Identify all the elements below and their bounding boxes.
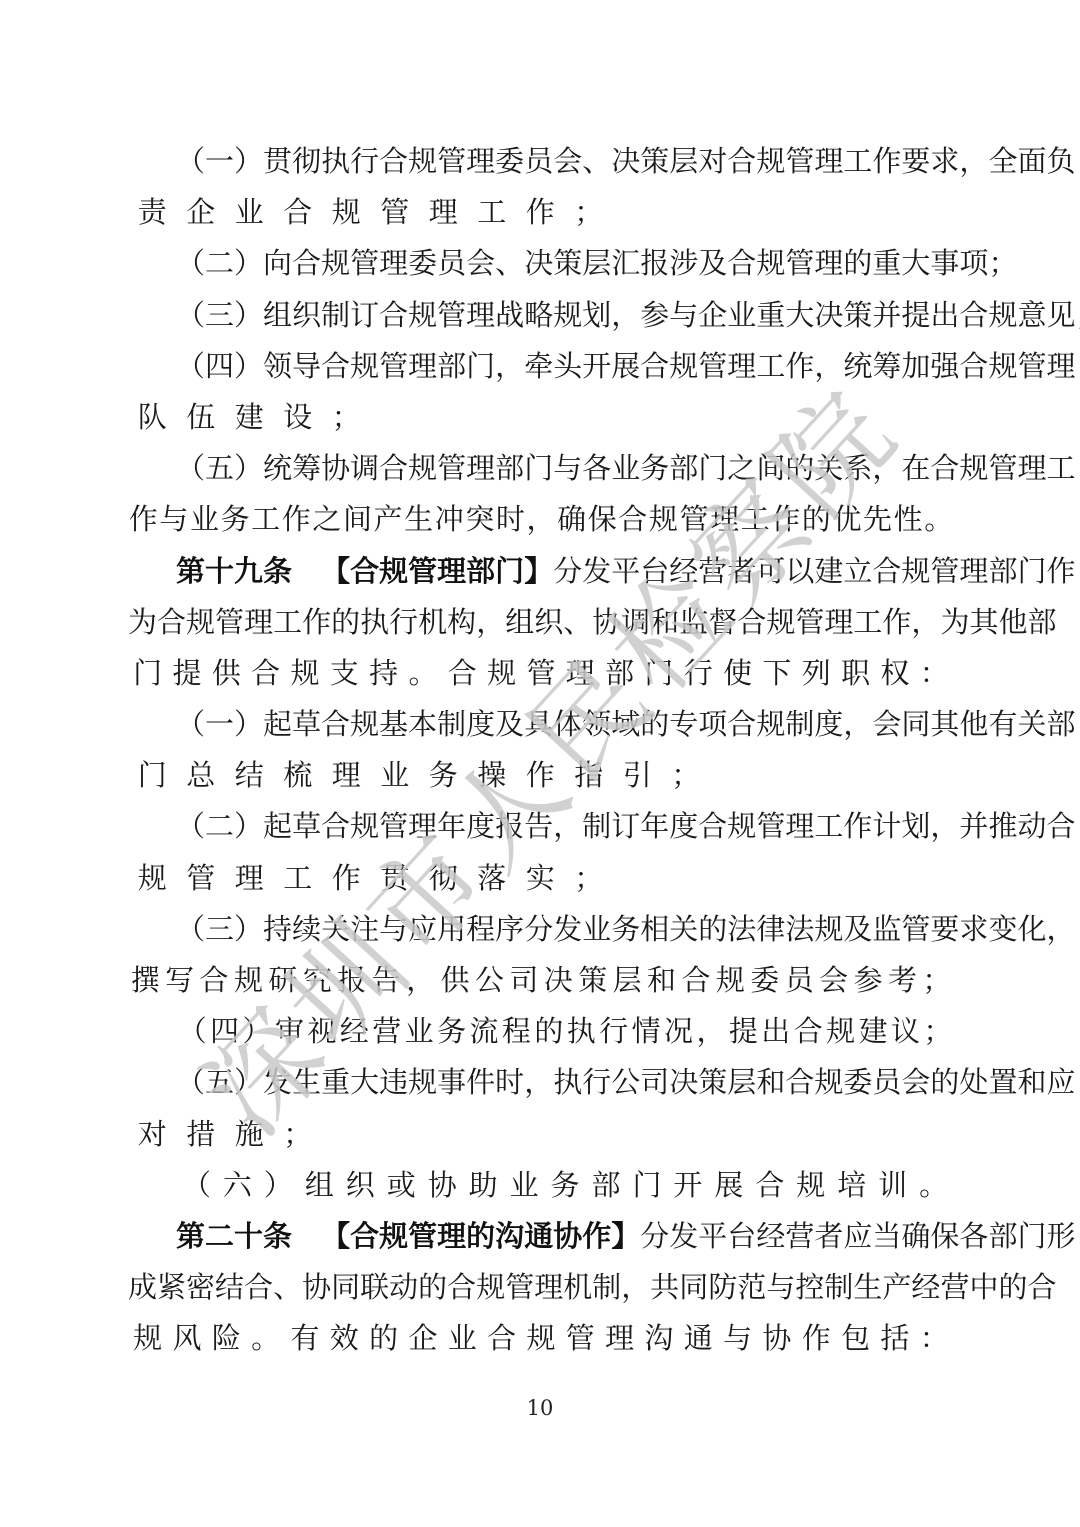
text-char: 管: [350, 238, 379, 289]
text-char: ）: [241, 1006, 273, 1057]
text-char: 协: [321, 443, 350, 494]
article-heading-char: 第: [176, 546, 205, 597]
text-line: 规风险。有效的企业合规管理沟通与协作包括：: [128, 1313, 954, 1364]
text-char: 起: [263, 801, 292, 852]
text-char: 、: [582, 136, 611, 187]
text-char: 梳: [274, 750, 323, 801]
text-char: 作: [302, 597, 331, 648]
text-char: 之: [312, 494, 343, 545]
text-char: 合: [785, 1057, 814, 1108]
text-char: 理: [408, 341, 437, 392]
text-char: 作: [281, 494, 312, 545]
text-char: 层: [582, 238, 611, 289]
text-char: 部: [669, 443, 698, 494]
text-char: 指: [565, 750, 614, 801]
text-char: 执: [565, 1006, 597, 1057]
text-char: 一: [205, 699, 234, 750]
text-char: 持: [263, 904, 292, 955]
text-char: 参: [851, 955, 885, 1006]
text-char: 负: [1046, 136, 1075, 187]
text-char: 经: [911, 1262, 940, 1313]
text-char: ，: [403, 955, 437, 1006]
text-char: 规: [756, 699, 785, 750]
text-char: 出: [930, 290, 959, 341]
text-char: 工: [1046, 443, 1075, 494]
text-char: 合: [930, 443, 959, 494]
text-char: 以: [785, 546, 814, 597]
text-char: 门: [466, 341, 495, 392]
text-char: 视: [306, 1006, 338, 1057]
text-char: 结: [225, 750, 274, 801]
text-char: （: [176, 136, 205, 187]
text-char: 之: [727, 443, 756, 494]
text-char: （: [176, 290, 205, 341]
text-char: 沟: [639, 1313, 678, 1364]
text-char: 重: [756, 290, 785, 341]
text-char: ；: [322, 392, 371, 443]
text-char: 基: [379, 699, 408, 750]
text-char: 贯: [371, 853, 420, 904]
text-char: 大: [350, 1057, 379, 1108]
text-char: 台: [640, 546, 669, 597]
article-heading-char: 门: [495, 546, 524, 597]
text-char: 五: [205, 443, 234, 494]
text-char: 订: [350, 290, 379, 341]
text-char: 的: [785, 443, 814, 494]
text-char: 三: [205, 290, 234, 341]
text-char: 、: [273, 1262, 302, 1313]
text-char: 执: [360, 597, 389, 648]
text-char: 作: [516, 187, 565, 238]
text-char: 议: [889, 1006, 921, 1057]
text-char: 关: [669, 904, 698, 955]
text-char: 实: [516, 853, 565, 904]
article-heading-char: 协: [553, 1211, 582, 1262]
text-char: 动: [389, 1262, 418, 1313]
text-char: 战: [495, 290, 524, 341]
text-char: 具: [524, 699, 553, 750]
text-char: 规: [959, 443, 988, 494]
text-char: 层: [669, 136, 698, 187]
text-char: 重: [321, 1057, 350, 1108]
article-heading-char: 十: [234, 1211, 263, 1262]
text-char: 委: [408, 238, 437, 289]
text-char: 生: [853, 1262, 882, 1313]
text-char: 成: [128, 1262, 157, 1313]
text-char: 规: [128, 853, 177, 904]
text-char: ，: [695, 1006, 727, 1057]
text-char: ，: [872, 443, 901, 494]
text-char: 门: [128, 750, 177, 801]
text-char: 门: [698, 443, 727, 494]
text-char: 对: [128, 1109, 177, 1160]
text-char: 合: [959, 290, 988, 341]
text-char: 律: [756, 904, 785, 955]
text-char: 发: [669, 1211, 698, 1262]
text-char: 、: [563, 597, 592, 648]
text-char: 监: [872, 904, 901, 955]
text-line: 门总结梳理业务操作指引；: [128, 750, 954, 801]
article-heading-char: 合: [350, 1211, 379, 1262]
text-char: （: [176, 801, 205, 852]
text-char: 合: [321, 341, 350, 392]
text-char: 设: [274, 392, 323, 443]
text-line: 规管理工作贯彻落实；: [128, 853, 954, 904]
text-char: 推: [988, 801, 1017, 852]
text-char: 合: [727, 699, 756, 750]
text-char: ；: [565, 187, 614, 238]
text-char: （: [176, 699, 205, 750]
text-char: 置: [988, 1057, 1017, 1108]
text-char: 各: [582, 443, 611, 494]
text-char: 规: [350, 699, 379, 750]
text-char: 规: [727, 801, 756, 852]
text-char: 部: [988, 546, 1017, 597]
text-char: 务: [640, 443, 669, 494]
text-line: （五）统筹协调合规管理部门与各业务部门之间的关系，在合规管理工: [128, 443, 954, 494]
text-char: 联: [360, 1262, 389, 1313]
text-line: 作与业务工作之间产生冲突时，确保合规管理工作的优先性。: [128, 494, 954, 545]
article-heading-char: 规: [379, 546, 408, 597]
text-char: ）: [234, 1057, 263, 1108]
article-heading-char: 【: [321, 1211, 350, 1262]
text-char: 构: [447, 597, 476, 648]
text-char: 四: [208, 1006, 240, 1057]
text-char: 公: [611, 1057, 640, 1108]
text-char: 规: [186, 597, 215, 648]
text-char: 产: [882, 1262, 911, 1313]
text-char: 领: [582, 699, 611, 750]
text-char: 规: [408, 443, 437, 494]
text-char: 与: [159, 494, 190, 545]
text-char: 分: [640, 1211, 669, 1262]
text-char: 理: [466, 136, 495, 187]
text-char: 面: [1017, 136, 1046, 187]
text-char: 间: [756, 443, 785, 494]
article-heading-char: 【: [321, 546, 350, 597]
text-char: 调: [621, 597, 650, 648]
text-char: 事: [437, 1057, 466, 1108]
text-char: 合: [1027, 1262, 1056, 1313]
text-char: 为: [940, 597, 969, 648]
text-char: 起: [263, 699, 292, 750]
text-char: 管: [177, 853, 226, 904]
text-char: 头: [553, 341, 582, 392]
text-char: 规: [408, 290, 437, 341]
text-char: 员: [782, 955, 816, 1006]
text-char: 门: [1017, 546, 1046, 597]
text-line: （二）起草合规管理年度报告，制订年度合规管理工作计划，并推动合: [128, 801, 954, 852]
text-char: 合: [727, 238, 756, 289]
text-char: 企: [177, 187, 226, 238]
text-char: ，: [843, 699, 872, 750]
text-char: 调: [350, 443, 379, 494]
text-char: 工: [814, 801, 843, 852]
text-char: 可: [756, 546, 785, 597]
text-char: 应: [843, 1211, 872, 1262]
text-char: 合: [379, 443, 408, 494]
text-char: 持: [364, 648, 403, 699]
article-heading-char: 的: [466, 1211, 495, 1262]
text-char: 业: [189, 494, 220, 545]
text-char: 决: [541, 955, 575, 1006]
text-char: 理: [466, 290, 495, 341]
text-char: 策: [553, 238, 582, 289]
text-char: 企: [403, 1313, 442, 1364]
text-char: 动: [1017, 801, 1046, 852]
text-char: （: [176, 1160, 217, 1211]
text-char: 理: [244, 597, 273, 648]
document-page: （一）贯彻执行合规管理委员会、决策层对合规管理工作要求，全面负责企业合规管理工作…: [0, 0, 1080, 1527]
text-char: 究: [300, 955, 334, 1006]
text-char: 中: [969, 1262, 998, 1313]
text-char: 部: [600, 648, 639, 699]
text-char: 关: [321, 904, 350, 955]
text-char: 他: [998, 597, 1027, 648]
text-char: 工: [274, 853, 323, 904]
text-char: 理: [709, 494, 740, 545]
text-char: 管: [785, 136, 814, 187]
text-char: ，: [1046, 904, 1075, 955]
text-char: 牵: [524, 341, 553, 392]
article-heading-char: 条: [263, 546, 292, 597]
text-char: 部: [1046, 699, 1075, 750]
text-char: 险: [207, 1313, 246, 1364]
text-char: 理: [561, 648, 600, 699]
text-char: 与: [669, 290, 698, 341]
text-char: 订: [611, 801, 640, 852]
text-char: 策: [698, 1057, 727, 1108]
text-char: 强: [930, 341, 959, 392]
text-char: ，: [495, 341, 524, 392]
text-char: 制: [824, 1262, 853, 1313]
text-char: 规: [408, 1057, 437, 1108]
text-char: 考: [885, 955, 919, 1006]
text-char: 公: [472, 955, 506, 1006]
article-heading-char: 规: [379, 1211, 408, 1262]
text-char: 工: [273, 597, 302, 648]
text-char: 合: [443, 648, 482, 699]
text-char: 管: [679, 494, 710, 545]
text-char: 规: [128, 1313, 167, 1364]
text-char: 统: [263, 443, 292, 494]
text-char: 违: [379, 1057, 408, 1108]
text-char: 理: [466, 443, 495, 494]
text-char: 委: [748, 955, 782, 1006]
text-char: 合: [872, 546, 901, 597]
text-char: 生: [292, 1057, 321, 1108]
text-char: 供: [207, 648, 246, 699]
text-char: 时: [495, 1057, 524, 1108]
text-char: 关: [1017, 699, 1046, 750]
text-char: 报: [335, 955, 369, 1006]
text-char: 应: [1046, 1057, 1075, 1108]
text-char: 建: [857, 1006, 889, 1057]
text-char: 协: [592, 597, 621, 648]
text-char: （: [176, 1057, 205, 1108]
article-heading-char: 沟: [495, 1211, 524, 1262]
text-char: 提: [167, 648, 206, 699]
text-char: 管: [521, 648, 560, 699]
text-char: 台: [727, 1211, 756, 1262]
text-char: （: [176, 238, 205, 289]
text-char: 规: [231, 955, 265, 1006]
text-char: ，: [476, 597, 505, 648]
text-char: 合: [246, 648, 285, 699]
text-char: 理: [225, 853, 274, 904]
text-char: 制: [592, 1262, 621, 1313]
text-char: 他: [959, 699, 988, 750]
text-char: 的: [640, 699, 669, 750]
text-char: ）: [234, 290, 263, 341]
text-char: 计: [872, 801, 901, 852]
text-char: 同: [331, 1262, 360, 1313]
text-char: 会: [466, 238, 495, 289]
text-char: 规: [350, 801, 379, 852]
text-char: 全: [988, 136, 1017, 187]
text-char: ；: [274, 1109, 323, 1160]
text-char: 决: [524, 238, 553, 289]
text-char: 与: [553, 443, 582, 494]
text-line: 对措施；: [128, 1109, 954, 1160]
text-char: 开: [582, 341, 611, 392]
text-char: 理: [814, 238, 843, 289]
text-char: 贯: [263, 136, 292, 187]
text-char: 当: [872, 1211, 901, 1262]
text-char: 制: [582, 801, 611, 852]
text-char: 合: [749, 1160, 790, 1211]
text-char: 确: [901, 1211, 930, 1262]
text-char: 的: [698, 904, 727, 955]
text-char: ）: [234, 136, 263, 187]
text-char: 程: [500, 1006, 532, 1057]
text-char: 伍: [177, 392, 226, 443]
article-heading-char: 部: [466, 546, 495, 597]
text-char: 告: [369, 955, 403, 1006]
text-char: 责: [128, 187, 177, 238]
text-char: 及: [843, 904, 872, 955]
text-char: ，: [911, 597, 940, 648]
text-char: ，: [959, 136, 988, 187]
text-char: 合: [482, 1313, 521, 1364]
text-char: 域: [611, 699, 640, 750]
text-char: 协: [757, 1313, 796, 1364]
text-char: 门: [1017, 1211, 1046, 1262]
text-char: 行: [389, 597, 418, 648]
text-char: 管: [756, 801, 785, 852]
text-char: 督: [708, 597, 737, 648]
text-char: 及: [698, 238, 727, 289]
text-char: 员: [437, 238, 466, 289]
text-char: 汇: [611, 238, 640, 289]
text-line: 责企业合规管理工作；: [128, 187, 954, 238]
text-char: 。: [403, 648, 442, 699]
text-char: 引: [613, 750, 662, 801]
text-char: 训: [872, 1160, 913, 1211]
text-char: 法: [727, 904, 756, 955]
text-char: 略: [524, 290, 553, 341]
text-char: 项: [959, 238, 988, 289]
text-char: ）: [234, 801, 263, 852]
text-char: 关: [814, 443, 843, 494]
text-char: 员: [872, 1057, 901, 1108]
text-char: 权: [875, 648, 914, 699]
text-char: 展: [611, 341, 640, 392]
text-char: 经: [756, 1211, 785, 1262]
text-char: ；: [922, 1006, 954, 1057]
text-char: 筹: [292, 443, 321, 494]
text-char: 司: [507, 955, 541, 1006]
text-char: 有: [285, 1313, 324, 1364]
text-char: 层: [610, 955, 644, 1006]
text-char: 业: [727, 290, 756, 341]
text-char: 并: [872, 290, 901, 341]
text-char: 确: [556, 494, 587, 545]
text-char: ）: [234, 699, 263, 750]
text-char: 会: [816, 955, 850, 1006]
text-char: 求: [959, 904, 988, 955]
text-char: 规: [713, 955, 747, 1006]
text-char: 作: [797, 1313, 836, 1364]
text-char: ，: [930, 801, 959, 852]
text-line: 成紧密结合、协同联动的合规管理机制，共同防范与控制生产经营中的合: [128, 1262, 954, 1313]
text-char: 管: [437, 290, 466, 341]
text-char: 紧: [157, 1262, 186, 1313]
text-char: 业: [582, 904, 611, 955]
text-char: ）: [258, 1160, 299, 1211]
text-char: 情: [630, 1006, 662, 1057]
text-char: 形: [1046, 1211, 1075, 1262]
text-char: 范: [737, 1262, 766, 1313]
text-char: 合: [1046, 801, 1075, 852]
text-char: 营: [698, 546, 727, 597]
text-char: 理: [785, 801, 814, 852]
text-char: 作: [1046, 546, 1075, 597]
text-char: 务: [220, 494, 251, 545]
text-char: 工: [468, 187, 517, 238]
text-char: 密: [186, 1262, 215, 1313]
text-char: 制: [321, 290, 350, 341]
text-char: 合: [157, 597, 186, 648]
text-char: 工: [756, 341, 785, 392]
text-char: 控: [795, 1262, 824, 1313]
text-char: 行: [582, 1057, 611, 1108]
text-char: 合: [274, 187, 323, 238]
text-char: 筹: [872, 341, 901, 392]
text-char: 法: [785, 904, 814, 955]
text-char: 保: [930, 1211, 959, 1262]
text-char: 和: [756, 1057, 785, 1108]
text-char: 规: [350, 341, 379, 392]
text-char: 策: [843, 290, 872, 341]
text-char: 一: [205, 136, 234, 187]
article-heading-char: 十: [205, 546, 234, 597]
text-char: 作: [128, 494, 159, 545]
text-char: 理: [727, 341, 756, 392]
text-char: ；: [662, 750, 711, 801]
text-char: 和: [650, 597, 679, 648]
text-char: 年: [437, 801, 466, 852]
article-heading-char: 第: [176, 1211, 205, 1262]
text-char: 合: [640, 341, 669, 392]
text-char: 管: [215, 597, 244, 648]
text-char: 用: [437, 904, 466, 955]
text-line: 队伍建设；: [128, 392, 954, 443]
text-char: 度: [814, 699, 843, 750]
text-char: 的: [801, 494, 832, 545]
text-char: 使: [718, 648, 757, 699]
text-line: 第二十条 【合规管理的沟通协作】分发平台经营者应当确保各部门形: [128, 1211, 954, 1262]
